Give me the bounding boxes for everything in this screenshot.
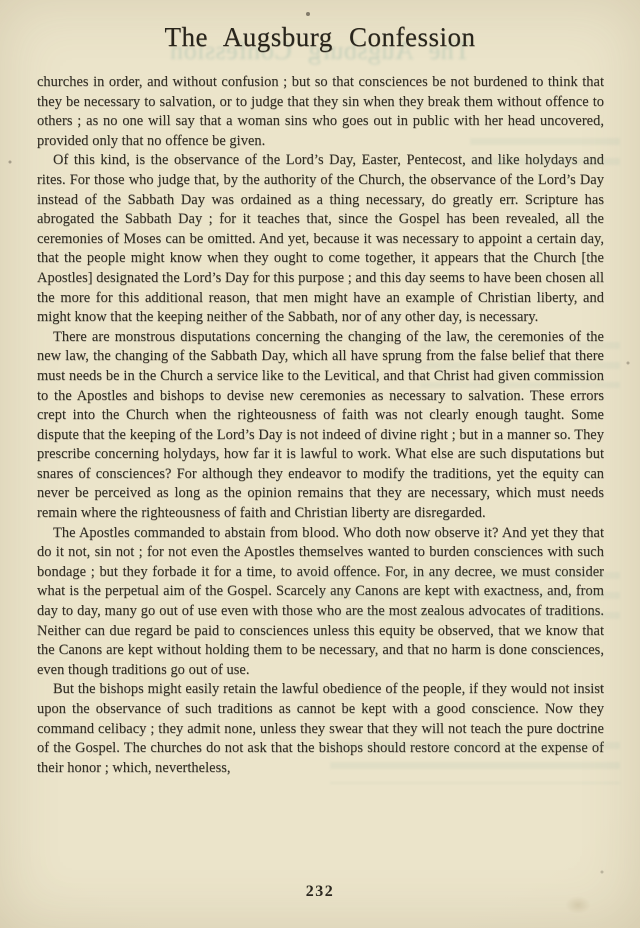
body-paragraph: churches in order, and without confusion…	[37, 73, 604, 151]
body-paragraph: But the bishops might easily retain the …	[37, 680, 604, 778]
page-body: churches in order, and without confusion…	[37, 73, 604, 778]
page-title: The Augsburg Confession	[0, 22, 640, 53]
body-paragraph: There are monstrous disputations concern…	[37, 328, 604, 524]
dust-specks	[0, 0, 2, 2]
page-number: 232	[0, 883, 640, 901]
body-paragraph: Of this kind, is the observance of the L…	[37, 151, 604, 327]
book-page: The Augsburg Confession The Augsburg Con…	[0, 0, 640, 928]
body-paragraph: The Apostles commanded to abstain from b…	[37, 524, 604, 681]
